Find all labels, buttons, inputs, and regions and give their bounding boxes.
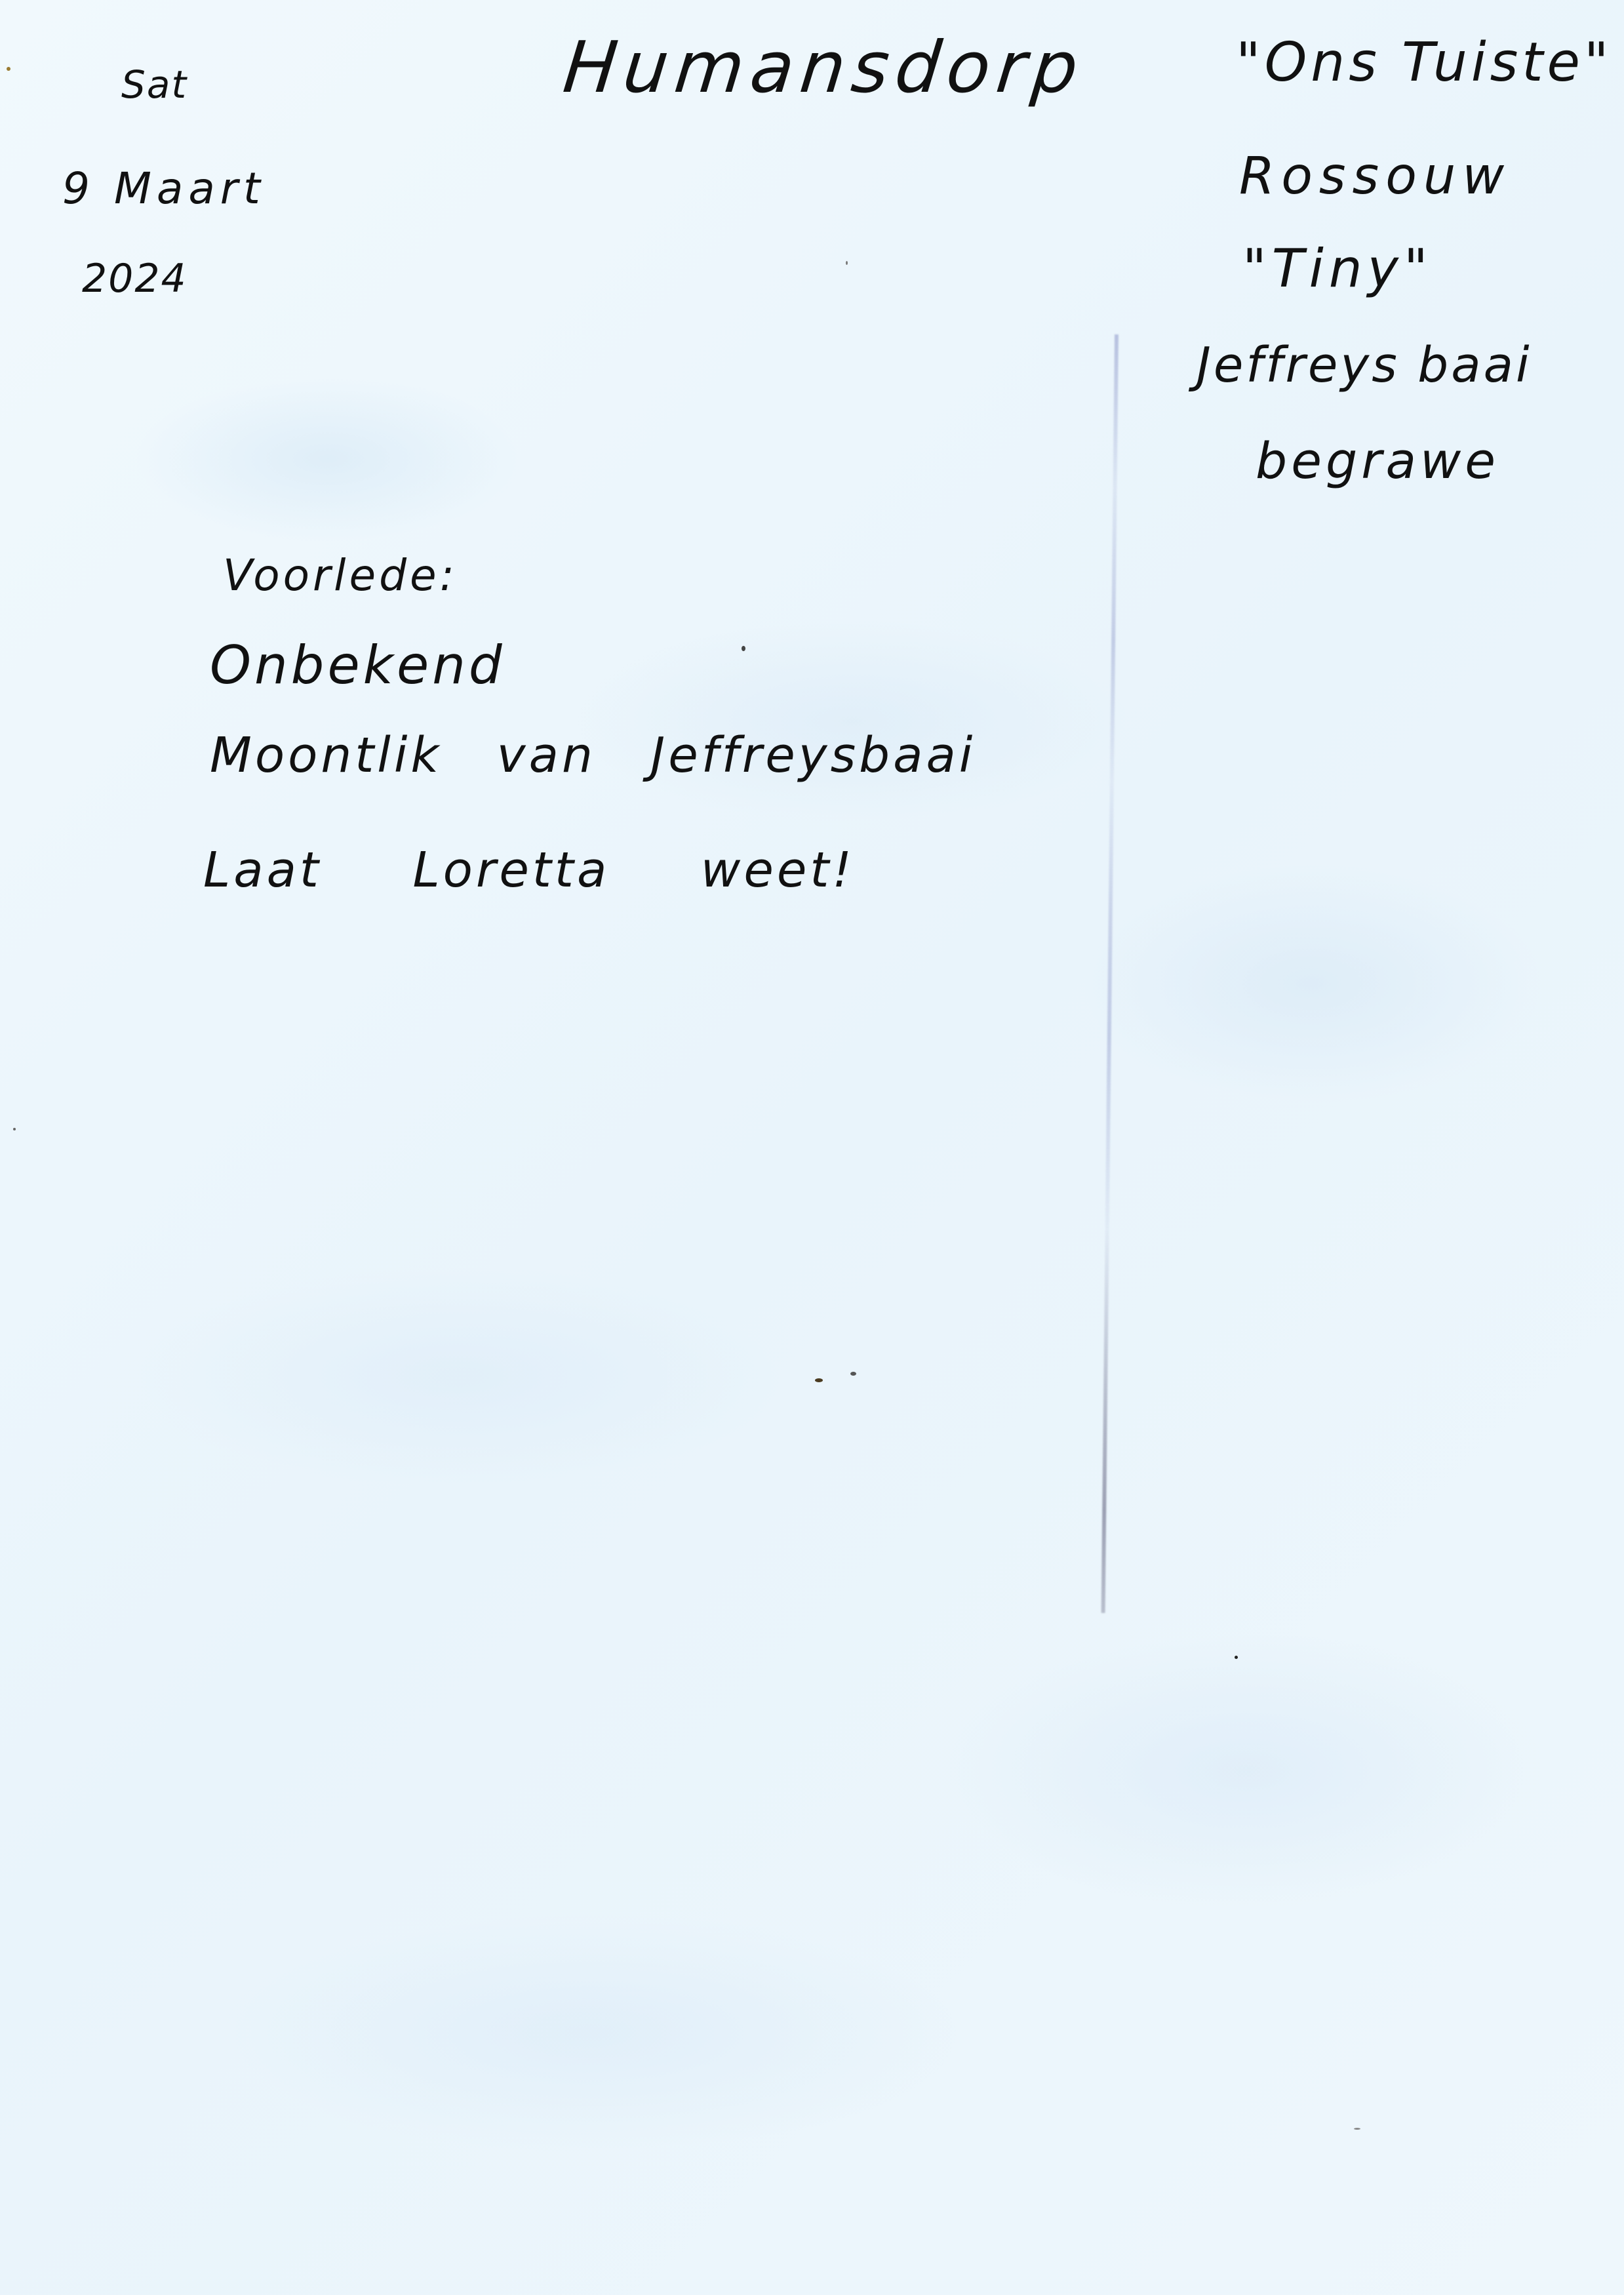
- ink-speck: [1354, 2128, 1360, 2130]
- ink-speck: [13, 1128, 16, 1130]
- ink-speck: [815, 1378, 823, 1382]
- surname: Rossouw: [1239, 151, 1511, 202]
- ink-speck: [846, 261, 848, 265]
- date-day-month: 9 Maart: [62, 167, 266, 210]
- note-line: Moontlik van Jeffreysbaai: [210, 731, 976, 780]
- burial-place: Jeffreys baai: [1197, 341, 1532, 389]
- burial-status: begrawe: [1256, 436, 1499, 486]
- nickname: "Tiny": [1242, 243, 1433, 295]
- ink-speck: [850, 1372, 856, 1376]
- note-line: Onbekend: [210, 639, 505, 692]
- page-title: Humansdorp: [560, 33, 1088, 104]
- paper-fold-line: [1101, 334, 1119, 1613]
- date-year: 2024: [82, 259, 188, 298]
- ink-speck: [742, 646, 745, 651]
- ink-speck: [7, 67, 10, 71]
- house-name: "Ons Tuiste": [1236, 36, 1613, 90]
- notes-heading: Voorlede:: [223, 554, 458, 597]
- note-line: Laat Loretta weet!: [203, 846, 855, 894]
- ink-speck: [1235, 1656, 1238, 1659]
- date-weekday: Sat: [121, 66, 188, 104]
